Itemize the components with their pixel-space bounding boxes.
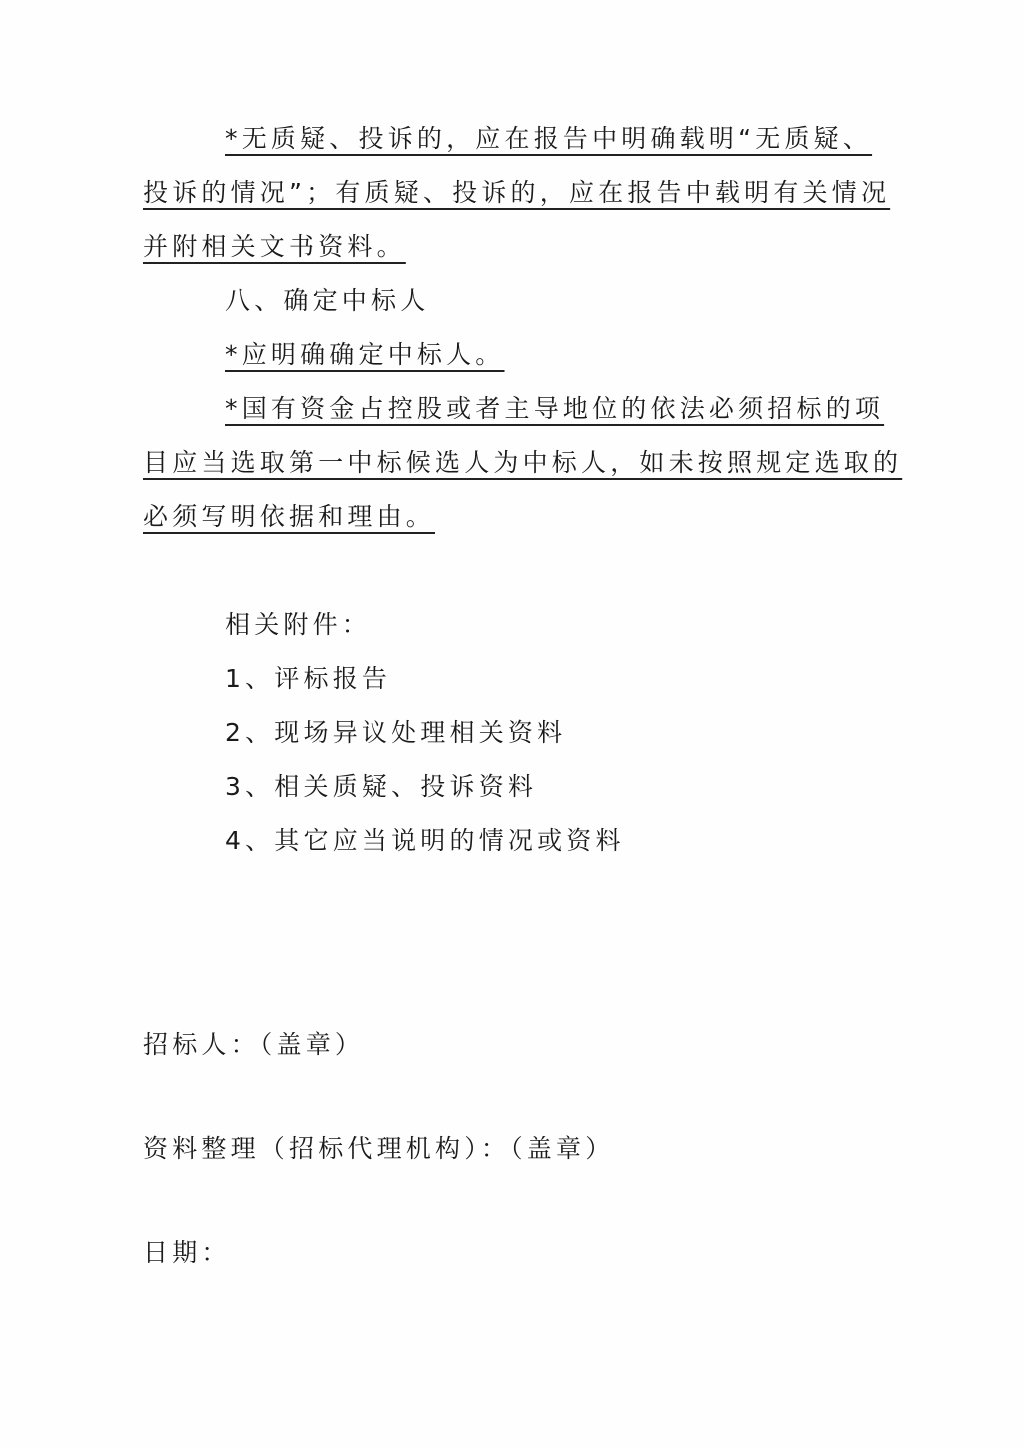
note-no-complaints-line-3: 并附相关文书资料。: [143, 232, 406, 262]
date-label: 日期：: [143, 1238, 231, 1268]
attachments-heading: 相关附件：: [225, 610, 371, 640]
attachment-item: 1、评标报告: [225, 664, 391, 694]
note-confirm-winner: *应明确确定中标人。: [225, 340, 505, 370]
section-8-heading: 八、确定中标人: [225, 286, 429, 316]
document-page: *无质疑、投诉的，应在报告中明确载明“无质疑、 投诉的情况”；有质疑、投诉的，应…: [0, 0, 1024, 1448]
agency-seal-label: 资料整理（招标代理机构）：（盖章）: [143, 1134, 614, 1164]
note-no-complaints-line-2: 投诉的情况”；有质疑、投诉的，应在报告中载明有关情况: [143, 178, 890, 208]
note-state-funds-line-3: 必须写明依据和理由。: [143, 502, 435, 532]
note-state-funds-line-2: 目应当选取第一中标候选人为中标人，如未按照规定选取的: [143, 448, 902, 478]
attachment-item: 2、现场异议处理相关资料: [225, 718, 566, 748]
note-no-complaints-line-1: *无质疑、投诉的，应在报告中明确载明“无质疑、: [225, 124, 872, 154]
note-state-funds-line-1: *国有资金占控股或者主导地位的依法必须招标的项: [225, 394, 884, 424]
attachment-item: 3、相关质疑、投诉资料: [225, 772, 537, 802]
attachment-item: 4、其它应当说明的情况或资料: [225, 826, 625, 856]
tenderer-seal-label: 招标人：（盖章）: [143, 1030, 364, 1060]
